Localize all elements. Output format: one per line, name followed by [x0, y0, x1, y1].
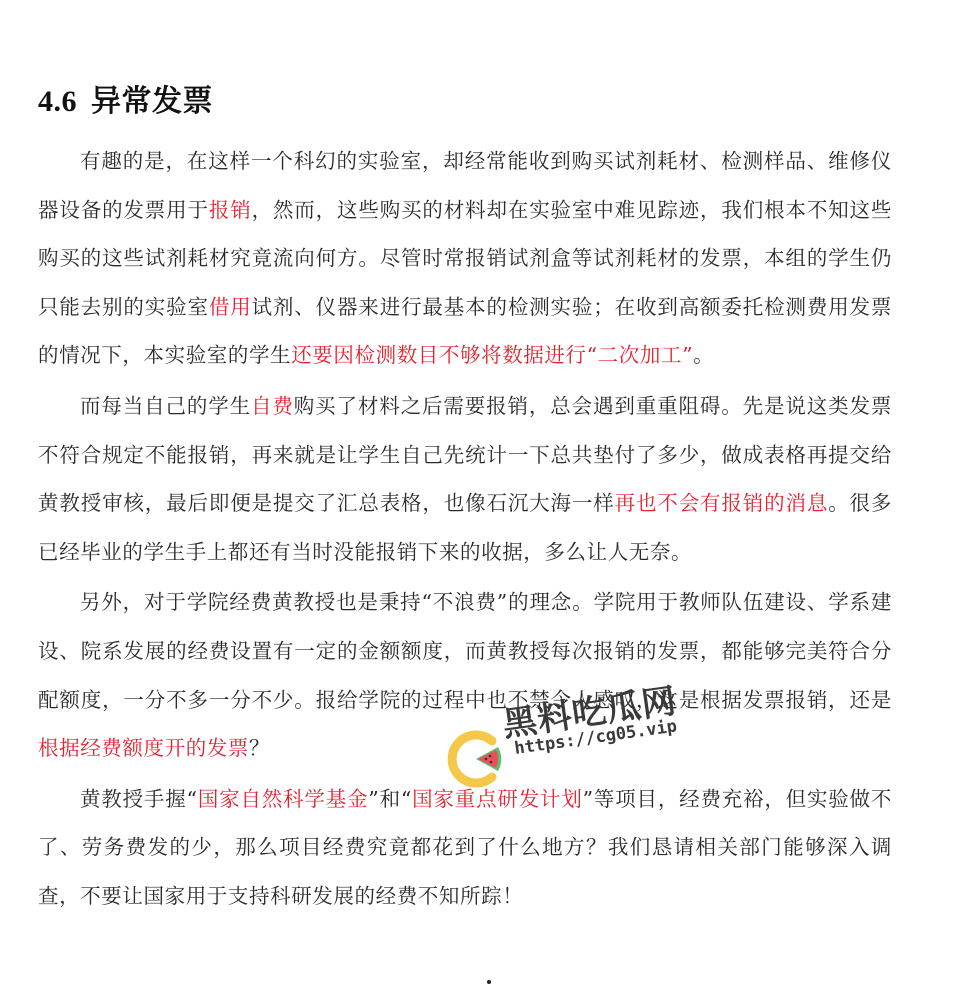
text-run: 另外，对于学院经费黄教授也是秉持“不浪费”的理念。学院用于教师队伍建设、学系建设… [38, 590, 892, 711]
section-title: 异常发票 [91, 84, 213, 119]
highlighted-text: 根据经费额度开的发票 [38, 736, 249, 760]
highlighted-text: 还要因检测数目不够将数据进行“二次加工” [291, 343, 693, 367]
text-run: 黄教授手握“ [80, 787, 198, 811]
section-body: 有趣的是，在这样一个科幻的实验室，却经常能收到购买试剂耗材、检测样品、维修仪器设… [38, 137, 892, 923]
section-heading: 4.6异常发票 [38, 76, 213, 120]
paragraph: 而每当自己的学生自费购买了材料之后需要报销，总会遇到重重阻碍。先是说这类发票不符… [38, 382, 892, 576]
text-run: ？ [249, 736, 270, 760]
highlighted-text: 报销 [209, 198, 252, 222]
text-run: 而每当自己的学生 [80, 394, 251, 418]
highlighted-text: 再也不会有报销的消息 [615, 491, 829, 515]
paragraph: 有趣的是，在这样一个科幻的实验室，却经常能收到购买试剂耗材、检测样品、维修仪器设… [38, 137, 892, 380]
highlighted-text: 借用 [209, 295, 252, 319]
highlighted-text: 自费 [251, 394, 294, 418]
paragraph: 另外，对于学院经费黄教授也是秉持“不浪费”的理念。学院用于教师队伍建设、学系建设… [38, 578, 892, 772]
text-run: 。 [693, 343, 714, 367]
paragraph: 黄教授手握“国家自然科学基金”和“国家重点研发计划”等项目，经费充裕，但实验做不… [38, 775, 892, 921]
page-marker-dot [487, 980, 491, 984]
section-number: 4.6 [38, 85, 77, 118]
highlighted-text: 国家重点研发计划 [412, 787, 583, 811]
highlighted-text: 国家自然科学基金 [198, 787, 369, 811]
text-run: ”和“ [368, 787, 412, 811]
